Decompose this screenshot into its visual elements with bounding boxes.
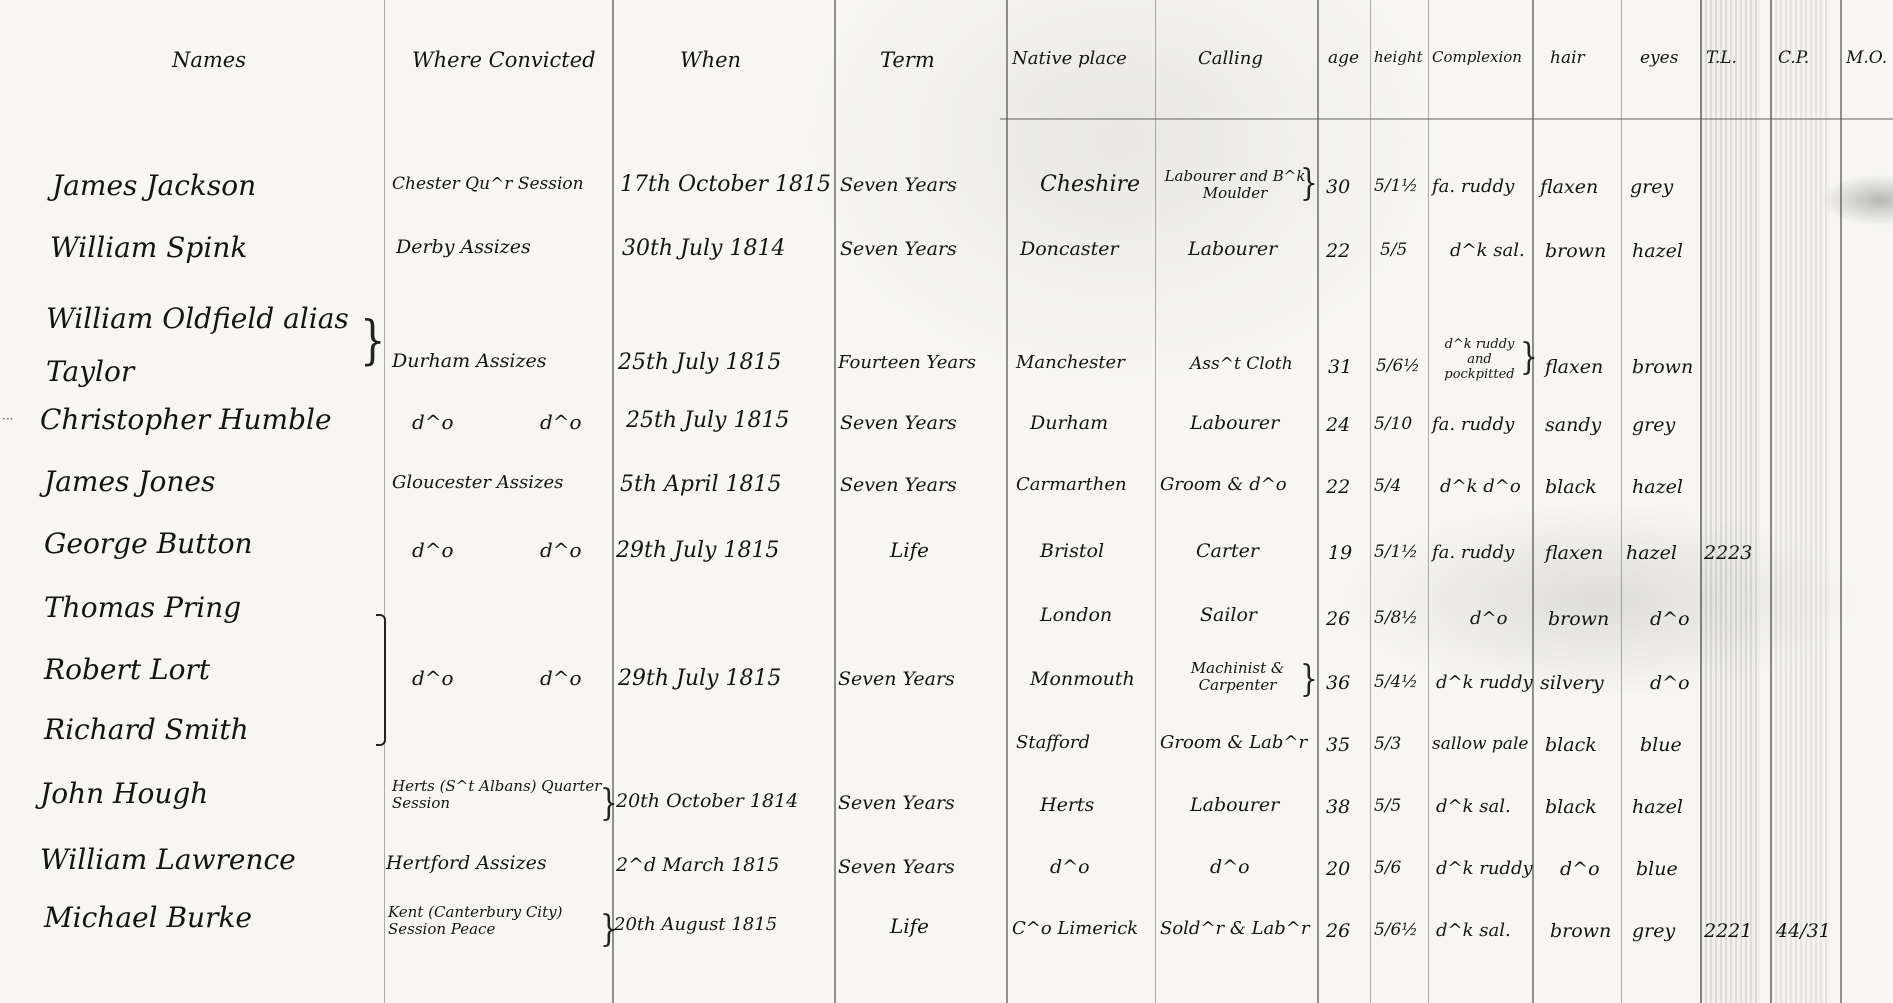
cell-age: 26 — [1326, 922, 1350, 941]
cell-where-convicted: Durham Assizes — [392, 352, 546, 371]
cell-term: Seven Years — [838, 858, 955, 877]
column-rule — [1006, 0, 1008, 1003]
cell-calling: Ass^t Cloth — [1190, 356, 1293, 373]
cell-height: 5/3 — [1374, 736, 1401, 753]
cell-where-convicted: Herts (S^t Albans) Quarter Session — [392, 778, 602, 813]
cell-name: Christopher Humble — [40, 406, 332, 434]
cell-height: 5/1½ — [1374, 544, 1418, 561]
cell-age: 19 — [1328, 544, 1352, 563]
cell-eyes: d^o — [1650, 674, 1690, 693]
cell-where-convicted: Gloucester Assizes — [392, 474, 563, 492]
cell-where-convicted: Derby Assizes — [396, 238, 531, 257]
cell-name: William Spink — [50, 234, 247, 262]
cell-hair: flaxen — [1545, 358, 1603, 377]
cell-eyes: grey — [1632, 922, 1675, 941]
cell-when: 29th July 1815 — [618, 668, 781, 690]
column-rule — [1155, 0, 1156, 1003]
cell-term: Seven Years — [840, 414, 957, 433]
cell-term: Seven Years — [838, 794, 955, 813]
cell-native-place: Herts — [1040, 796, 1094, 815]
header-complexion: Complexion — [1432, 48, 1522, 66]
cell-age: 36 — [1326, 674, 1350, 693]
cell-hair: brown — [1548, 610, 1609, 629]
cell-calling: Groom & d^o — [1160, 476, 1287, 494]
column-rule — [1770, 0, 1772, 1003]
cell-native-place: Carmarthen — [1016, 476, 1127, 494]
brace-glyph: } — [600, 781, 618, 824]
cell-eyes: hazel — [1632, 242, 1683, 261]
column-rule — [1621, 0, 1622, 1003]
cell-term: Life — [890, 540, 929, 560]
cell-hair: flaxen — [1545, 544, 1603, 563]
cell-where-convicted: Kent (Canterbury City) Session Peace — [388, 904, 603, 939]
cell-when: 2^d March 1815 — [616, 856, 779, 875]
column-rule — [1370, 0, 1371, 1003]
cell-native-place: London — [1040, 606, 1112, 625]
cell-complexion: d^k sal. — [1436, 798, 1511, 816]
cell-term: Seven Years — [840, 476, 957, 495]
cell-native-place: Manchester — [1016, 354, 1125, 372]
cell-eyes: blue — [1636, 860, 1678, 879]
cell-hair: black — [1545, 478, 1597, 497]
cell-when: 30th July 1814 — [622, 238, 785, 260]
cell-height: 5/5 — [1380, 242, 1407, 259]
cell-name: Michael Burke — [44, 904, 252, 932]
cell-native-place: d^o — [1050, 858, 1090, 877]
column-rule — [1532, 0, 1534, 1003]
cell-term: Seven Years — [840, 176, 957, 195]
cell-calling: Labourer — [1190, 796, 1279, 815]
cell-complexion: d^k sal. — [1436, 922, 1511, 940]
cell-age: 26 — [1326, 610, 1350, 629]
cell-when: 20th October 1814 — [616, 792, 798, 811]
cell-complexion: d^k ruddy and pockpitted — [1432, 338, 1527, 383]
header-where-convicted: Where Convicted — [412, 48, 596, 72]
cell-complexion: sallow pale — [1432, 736, 1528, 753]
cell-name: Richard Smith — [44, 716, 249, 744]
cell-height: 5/5 — [1374, 798, 1401, 815]
cell-height: 5/6 — [1374, 860, 1401, 877]
cell-when: 25th July 1815 — [618, 352, 781, 374]
cell-name: William Oldfield alias Taylor — [46, 292, 376, 398]
cell-age: 24 — [1326, 416, 1350, 435]
column-rule — [384, 0, 385, 1003]
cell-eyes: hazel — [1632, 798, 1683, 817]
brace-glyph: } — [1300, 657, 1318, 700]
margin-note: ··· — [2, 412, 13, 426]
cell-name: George Button — [44, 530, 253, 558]
header-eyes: eyes — [1640, 48, 1678, 68]
cell-where-convicted: d^o d^o — [412, 412, 582, 432]
column-rule — [1700, 0, 1702, 1003]
cell-when: 17th October 1815 — [620, 174, 831, 196]
header-extra: M.O. — [1846, 48, 1887, 68]
header-height: height — [1374, 48, 1423, 66]
cell-hair: d^o — [1560, 860, 1600, 879]
cell-calling: Labourer and B^k Moulder — [1160, 168, 1310, 203]
cell-tl: 2223 — [1704, 544, 1752, 563]
cell-name: Thomas Pring — [44, 594, 241, 622]
cell-age: 30 — [1326, 178, 1350, 197]
cell-eyes: blue — [1640, 736, 1682, 755]
cell-term: Seven Years — [840, 240, 957, 259]
header-hair: hair — [1550, 48, 1585, 68]
cell-where-convicted: Hertford Assizes — [386, 854, 547, 873]
cell-native-place: Bristol — [1040, 542, 1104, 561]
ledger-shaded-column — [1770, 0, 1830, 1003]
cell-calling: Labourer — [1188, 240, 1277, 259]
brace-glyph: } — [1520, 335, 1538, 378]
cell-eyes: grey — [1632, 416, 1675, 435]
cell-hair: sandy — [1545, 416, 1601, 435]
cell-complexion: d^k d^o — [1440, 478, 1521, 496]
cell-eyes: d^o — [1650, 610, 1690, 629]
cell-hair: silvery — [1540, 674, 1604, 693]
cell-cp: 44/31 — [1776, 922, 1831, 941]
cell-eyes: grey — [1630, 178, 1673, 197]
cell-eyes: brown — [1632, 358, 1693, 377]
cell-complexion: fa. ruddy — [1432, 544, 1514, 562]
cell-eyes: hazel — [1632, 478, 1683, 497]
cell-age: 22 — [1326, 242, 1350, 261]
header-calling: Calling — [1198, 48, 1263, 69]
brace-glyph: } — [360, 311, 385, 371]
cell-name: James Jones — [44, 468, 215, 496]
cell-hair: brown — [1550, 922, 1611, 941]
cell-height: 5/8½ — [1374, 610, 1418, 627]
cell-age: 20 — [1326, 860, 1350, 879]
header-tl: T.L. — [1706, 48, 1737, 68]
cell-hair: flaxen — [1540, 178, 1598, 197]
column-rule — [1840, 0, 1842, 1003]
cell-name: Robert Lort — [44, 656, 210, 684]
cell-native-place: Stafford — [1016, 734, 1090, 752]
cell-calling: Carter — [1196, 542, 1259, 561]
cell-when: 20th August 1815 — [614, 916, 777, 934]
cell-calling: Sailor — [1200, 606, 1257, 625]
group-bracket — [376, 614, 386, 746]
header-when: When — [680, 48, 741, 72]
brace-glyph: } — [1300, 161, 1318, 204]
cell-term: Seven Years — [838, 670, 955, 689]
column-rule — [612, 0, 614, 1003]
header-cp: C.P. — [1778, 48, 1809, 68]
cell-height: 5/4 — [1374, 478, 1401, 495]
cell-term: Life — [890, 916, 929, 936]
brace-glyph: } — [600, 907, 618, 950]
cell-hair: black — [1545, 798, 1597, 817]
header-native-place: Native place — [1012, 48, 1127, 69]
cell-age: 31 — [1328, 358, 1352, 377]
cell-native-place: Doncaster — [1020, 240, 1119, 259]
cell-age: 38 — [1326, 798, 1350, 817]
cell-native-place: C^o Limerick — [1012, 920, 1138, 938]
header-age: age — [1328, 48, 1359, 68]
cell-calling: Groom & Lab^r — [1160, 734, 1307, 752]
cell-complexion: fa. ruddy — [1432, 416, 1514, 434]
cell-complexion: d^o — [1470, 610, 1507, 628]
cell-where-convicted: Chester Qu^r Session — [392, 176, 584, 193]
cell-native-place: Monmouth — [1030, 670, 1135, 689]
cell-where-convicted: d^o d^o — [412, 668, 582, 688]
cell-calling: Machinist & Carpenter — [1160, 660, 1315, 695]
cell-when: 25th July 1815 — [626, 410, 789, 432]
cell-height: 5/1½ — [1374, 178, 1418, 195]
cell-when: 5th April 1815 — [620, 474, 782, 496]
cell-hair: black — [1545, 736, 1597, 755]
cell-name: William Lawrence — [40, 846, 296, 874]
column-rule — [1428, 0, 1429, 1003]
ledger-shaded-column — [1700, 0, 1760, 1003]
cell-tl: 2221 — [1704, 922, 1752, 941]
cell-complexion: fa. ruddy — [1432, 178, 1514, 196]
cell-age: 22 — [1326, 478, 1350, 497]
cell-height: 5/6½ — [1374, 922, 1418, 939]
cell-hair: brown — [1545, 242, 1606, 261]
cell-complexion: d^k ruddy — [1436, 674, 1533, 692]
cell-where-convicted: d^o d^o — [412, 540, 582, 560]
cell-term: Fourteen Years — [838, 354, 976, 372]
cell-age: 35 — [1326, 736, 1350, 755]
cell-calling: d^o — [1210, 858, 1250, 877]
cell-complexion: d^k ruddy — [1436, 860, 1533, 878]
column-rule — [1317, 0, 1319, 1003]
cell-name: John Hough — [40, 780, 208, 808]
cell-eyes: hazel — [1626, 544, 1677, 563]
cell-height: 5/10 — [1374, 416, 1412, 433]
column-rule — [834, 0, 836, 1003]
header-rule — [1000, 118, 1893, 120]
cell-when: 29th July 1815 — [616, 540, 779, 562]
cell-native-place: Cheshire — [1040, 174, 1140, 196]
cell-native-place: Durham — [1030, 414, 1108, 433]
header-term: Term — [880, 48, 935, 72]
ledger-page: Names Where Convicted When Term Native p… — [0, 0, 1893, 1003]
cell-name: James Jackson — [52, 172, 256, 200]
cell-height: 5/6½ — [1376, 358, 1420, 375]
header-names: Names — [172, 48, 246, 72]
cell-calling: Labourer — [1190, 414, 1279, 433]
cell-calling: Sold^r & Lab^r — [1160, 920, 1310, 938]
cell-height: 5/4½ — [1374, 674, 1418, 691]
cell-complexion: d^k sal. — [1450, 242, 1525, 260]
